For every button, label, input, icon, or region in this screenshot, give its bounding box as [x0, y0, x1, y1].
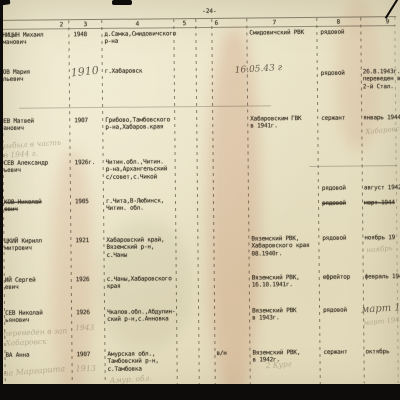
- date-cell: февраль 1944: [365, 273, 400, 281]
- birthplace-cell: Амурская обл., Тамбовский р-н, с.Тамбовк…: [107, 350, 158, 373]
- column-header: 4: [132, 21, 142, 29]
- date-cell: август 1942: [364, 184, 400, 192]
- birthplace-cell: г.Хабаровск: [105, 68, 143, 76]
- table-row: СЕВ Александр ьевич 1926г. Читин.обл.,Чи…: [0, 156, 400, 161]
- name-cell: СЕВ Александр ьевич: [4, 159, 49, 174]
- rank-cell: рядовой: [322, 235, 346, 243]
- column-header: 2: [56, 21, 66, 29]
- handwritten-note: ва Маргарита: [3, 364, 65, 378]
- year-cell: 1907: [74, 117, 88, 125]
- column-header: 5: [179, 20, 189, 28]
- rank-cell: ефрейтор: [323, 274, 350, 282]
- name-cell: КОВ Николай евич: [4, 199, 42, 214]
- handwritten-note: ноябрь: [366, 244, 393, 254]
- scan-border-bottom: [0, 384, 400, 400]
- page-number: -24-: [202, 8, 217, 16]
- name-cell: СЕВ Николай ьянович: [5, 310, 43, 325]
- name-cell: ИЙ Сергей евич: [5, 277, 36, 292]
- birthplace-cell: Читин.обл.,Читин. р-на,Архангельский с/с…: [106, 158, 168, 181]
- handwritten-note: в 1944 г.: [3, 149, 38, 160]
- rvk-cell: Смидовичский РВК: [249, 29, 304, 37]
- birthplace-cell: Грибово,Тамбовского р-на,Хабаров.края: [105, 116, 170, 131]
- rank-cell: рядовой: [322, 200, 346, 208]
- handwritten-note: 2 Кург: [265, 359, 292, 370]
- year-cell: 1948: [73, 31, 87, 39]
- handwritten-year: 1910: [70, 64, 99, 80]
- name-cell: ВА Анна: [5, 352, 29, 360]
- rank-cell: рядовой: [323, 307, 347, 315]
- column-divider: [195, 19, 200, 385]
- handwritten-date: март 19: [361, 302, 400, 316]
- column-header: 7: [269, 19, 279, 27]
- scanned-page: -24- 2 3 4 5 6 7 8 9 НИЦЫН Михаил манови…: [0, 0, 400, 400]
- paper-stain: [52, 150, 92, 400]
- handwritten-note: Хабаровск: [5, 337, 47, 348]
- rvk-cell: Вяземский РВК в 1943г.: [252, 307, 297, 322]
- birthplace-cell: г.Чита,В-Любинск, Читин. обл.: [106, 197, 164, 212]
- column-header: 6: [211, 20, 221, 28]
- rank-cell: рядовой: [322, 185, 346, 193]
- rank-cell: сержант: [323, 349, 347, 357]
- date-cell: ноябрь 19: [364, 234, 395, 242]
- name-cell: ЕВ Матвей анович: [3, 118, 34, 133]
- date-cell: октябрь: [365, 348, 389, 356]
- rvk-cell: Вяземский РВК, Хабаровского края 08.1940…: [251, 235, 309, 258]
- column-header: 3: [80, 21, 90, 29]
- name-cell: ОВ Мария льевич: [3, 69, 30, 84]
- scan-border-left: [0, 0, 3, 400]
- paper-stain: [336, 0, 380, 150]
- paper-stain: [208, 30, 260, 400]
- handwritten-note: март 1944: [363, 315, 400, 327]
- row-divider: [310, 165, 397, 167]
- column-header: 9: [382, 18, 392, 26]
- date-cell: март 1944: [364, 199, 395, 207]
- scan-artifact: [112, 0, 132, 5]
- paper-stain: [100, 220, 190, 350]
- name-cell: НИЦЫН Михаил манович: [2, 31, 43, 46]
- birthplace-cell: д.Самка,Смидовичского р-на: [104, 30, 176, 45]
- name-cell: ЦКИЙ Кирилл митрович: [4, 238, 42, 253]
